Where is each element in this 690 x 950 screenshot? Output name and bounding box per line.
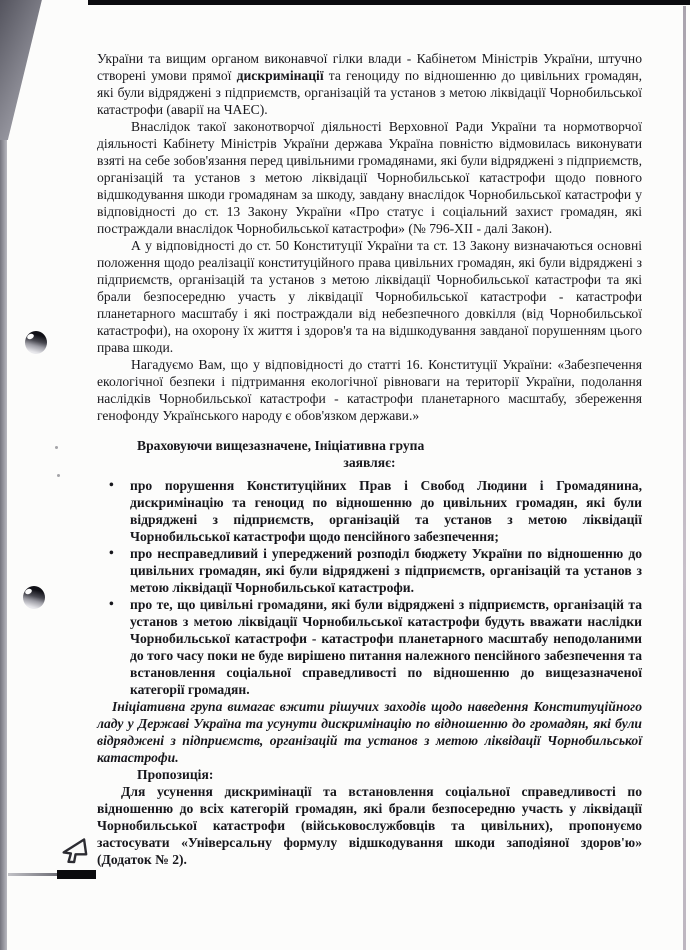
statement-heading-line1: Враховуючи вищезазначене, Ініціативна гр… xyxy=(137,437,642,454)
statement-text: про те, що цивільні громадяни, які були … xyxy=(130,597,642,697)
paragraph-reminder: Нагадуємо Вам, що у відповідності до ста… xyxy=(97,356,642,424)
emphasized-word: дискримінації xyxy=(237,68,324,83)
paragraph-constitution: А у відповідності до ст. 50 Конституції … xyxy=(97,237,642,356)
bullet-marker-icon: • xyxy=(109,544,114,561)
document-body: України та вищим органом виконавчої гілк… xyxy=(97,50,642,868)
paragraph-proposal: Для усунення дискримінації та встановлен… xyxy=(97,783,642,868)
statement-list: •про порушення Конституційних Прав і Сво… xyxy=(97,477,642,698)
statement-heading-line2: заявляє: xyxy=(97,454,642,471)
pointer-arrow-icon xyxy=(55,836,93,872)
statement-text: про порушення Конституційних Прав і Своб… xyxy=(130,478,642,544)
bullet-marker-icon: • xyxy=(109,595,114,612)
proposal-heading: Пропозиція: xyxy=(97,766,642,783)
scan-speck xyxy=(55,446,58,449)
hole-punch-icon xyxy=(23,586,45,609)
paragraph-continuation: України та вищим органом виконавчої гілк… xyxy=(97,50,642,118)
black-marker-bar-tail xyxy=(8,873,57,876)
bullet-marker-icon: • xyxy=(109,476,114,493)
scan-speck xyxy=(57,474,60,477)
statement-heading: Враховуючи вищезазначене, Ініціативна гр… xyxy=(97,437,642,471)
list-item: •про несправедливий і упереджений розпод… xyxy=(130,545,642,596)
paragraph-demand: Ініціативна група вимагає вжити рішучих … xyxy=(97,698,642,766)
scan-top-edge xyxy=(88,0,690,5)
statement-text: про несправедливий і упереджений розподі… xyxy=(130,546,642,595)
paragraph-consequence: Внаслідок такої законотворчої діяльності… xyxy=(97,118,642,237)
black-marker-bar xyxy=(57,870,96,879)
list-item: •про те, що цивільні громадяни, які були… xyxy=(130,596,642,698)
scan-left-page-edge xyxy=(0,95,7,950)
scan-right-page-edge xyxy=(683,6,686,950)
list-item: •про порушення Конституційних Прав і Сво… xyxy=(130,477,642,545)
scan-corner-shadow xyxy=(0,0,46,140)
hole-punch-icon xyxy=(25,331,47,354)
scanned-page: України та вищим органом виконавчої гілк… xyxy=(0,0,690,950)
